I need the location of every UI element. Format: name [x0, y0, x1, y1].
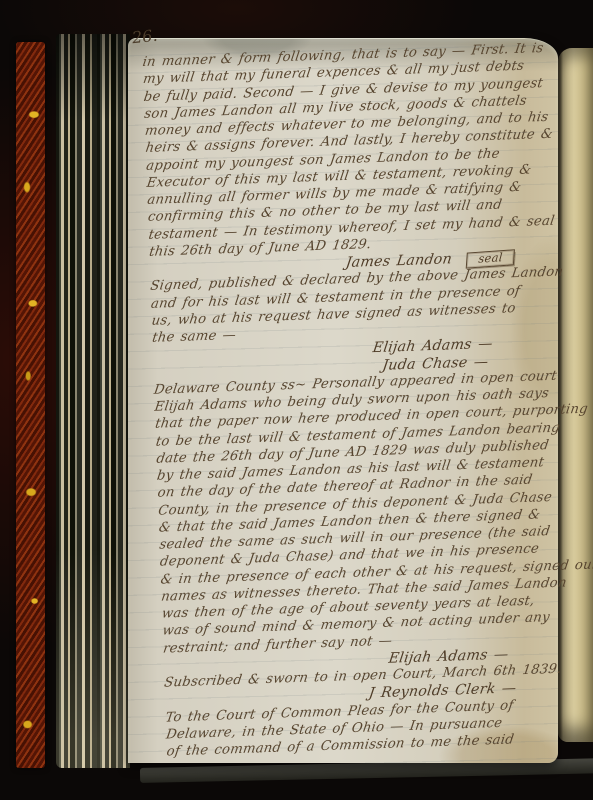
- manuscript-lines: in manner & form following, that is to s…: [141, 40, 581, 761]
- marbled-spine: [16, 42, 45, 768]
- book-photo: 26. in manner & form following, that is …: [0, 0, 593, 800]
- manuscript-page: 26. in manner & form following, that is …: [128, 38, 558, 763]
- page-number: 26.: [131, 26, 158, 48]
- page-edge-stack: [56, 34, 130, 768]
